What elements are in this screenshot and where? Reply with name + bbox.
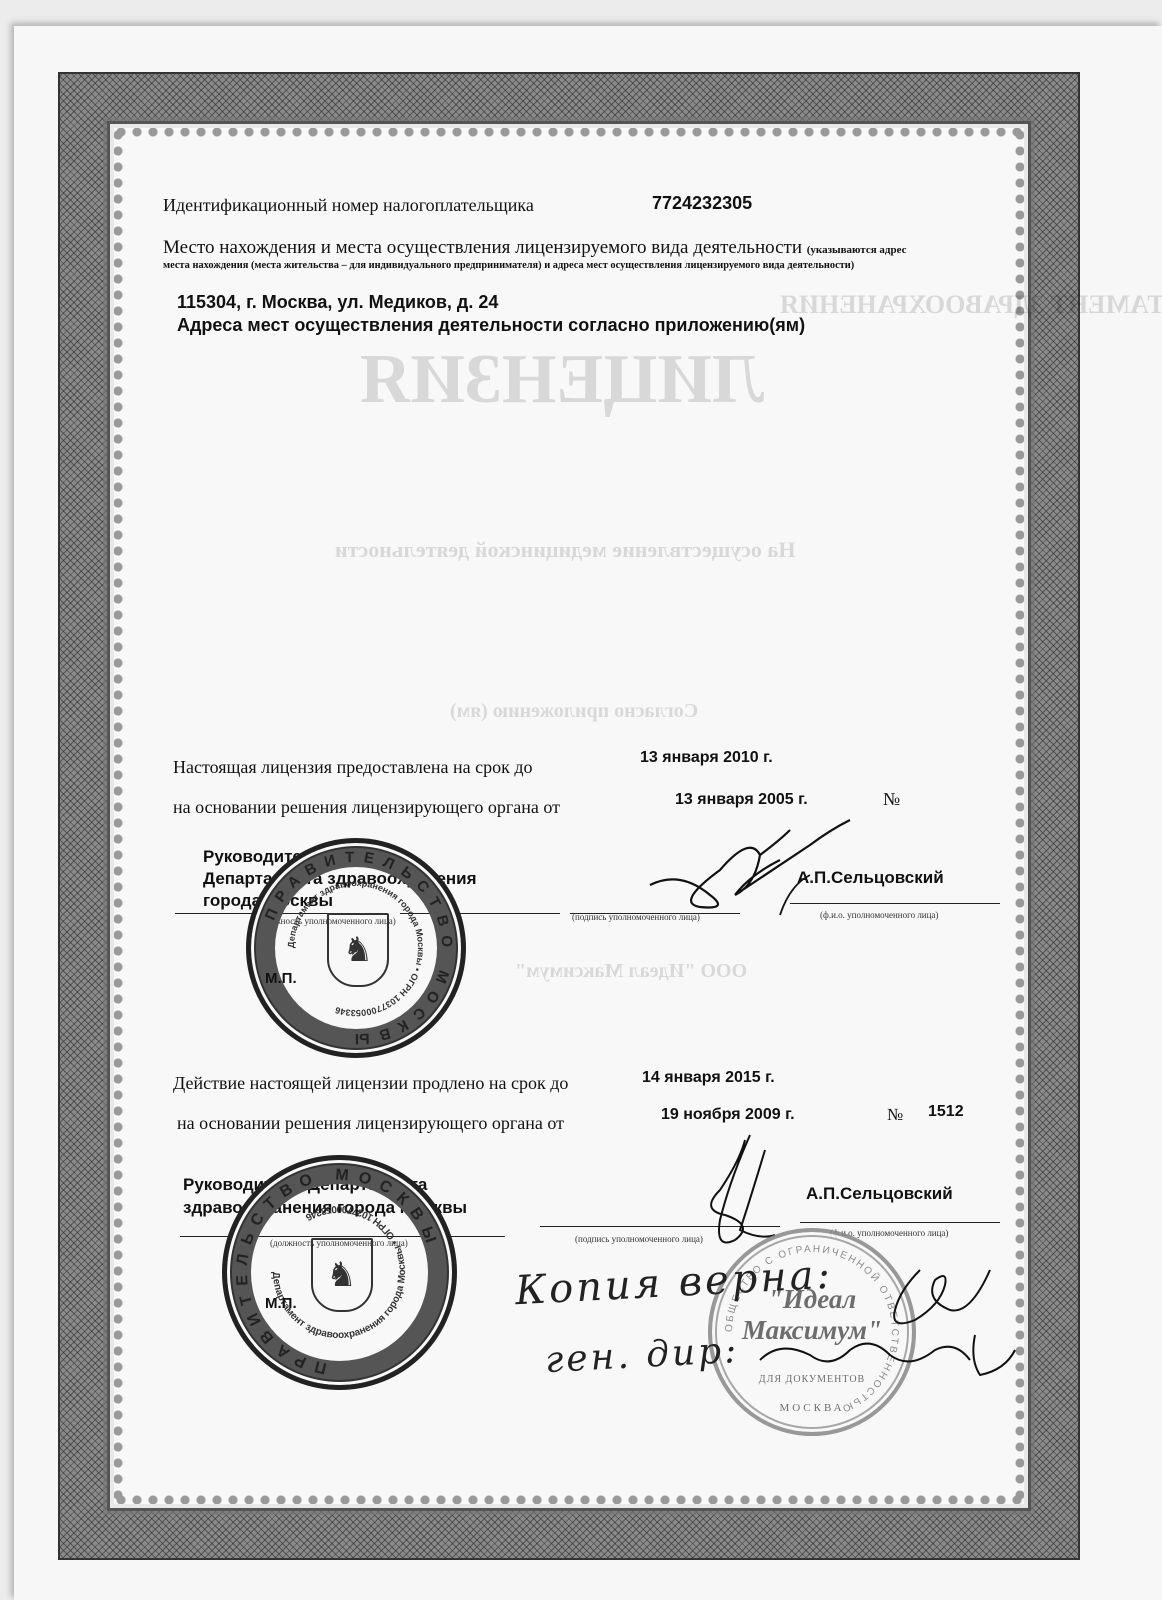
director-signature-icon xyxy=(720,1250,1020,1410)
extended-basis-label: на основании решения лицензирующего орга… xyxy=(177,1113,564,1134)
location-label-main: Место нахождения и места осуществления л… xyxy=(163,237,802,258)
moscow-government-seal-2: ПРАВИТЕЛЬСТВО МОСКВЫ Департамент здравоо… xyxy=(222,1155,457,1390)
extended-number-value: 1512 xyxy=(928,1103,964,1121)
mp-mark-2: М.П. xyxy=(265,1295,297,1312)
extended-number-sign: № xyxy=(887,1105,903,1125)
basis-label: на основании решения лицензирующего орга… xyxy=(173,797,560,818)
taxpayer-id-label: Идентификационный номер налогоплательщик… xyxy=(163,195,534,216)
bleed-annex: Согласно приложению (ям) xyxy=(450,700,698,723)
number-sign: № xyxy=(883,789,900,810)
bleed-title: ЛИЦЕНЗИЯ xyxy=(360,340,764,420)
border-scallop-top xyxy=(114,128,1024,142)
mp-mark-1: М.П. xyxy=(265,970,297,987)
handwritten-signature-icon xyxy=(640,815,870,925)
address-line: 115304, г. Москва, ул. Медиков, д. 24 xyxy=(177,292,498,313)
extended-term-label: Действие настоящей лицензии продлено на … xyxy=(173,1073,568,1094)
address-note: Адреса мест осуществления деятельности с… xyxy=(177,315,805,336)
moscow-government-seal: ПРАВИТЕЛЬСТВО МОСКВЫ Департамент здравоо… xyxy=(246,838,466,1058)
border-scallop-bottom xyxy=(114,1490,1024,1504)
location-note-1: (указываются адрес xyxy=(807,244,907,256)
bleed-activity: На осуществление медицинской деятельност… xyxy=(335,537,795,563)
extended-line-name xyxy=(800,1222,1000,1223)
term-label: Настоящая лицензия предоставлена на срок… xyxy=(173,757,533,778)
location-label: Место нахождения и места осуществления л… xyxy=(163,237,907,259)
bleed-department: ДЕПАРТАМЕНТ ЗДРАВООХРАНЕНИЯ xyxy=(780,290,1162,320)
term-value: 13 января 2010 г. xyxy=(640,749,773,767)
basis-date: 13 января 2005 г. xyxy=(675,791,808,809)
taxpayer-id-value: 7724232305 xyxy=(652,193,752,214)
moscow-coat-of-arms-icon: ♞ xyxy=(327,913,389,987)
location-note-2: места нахождения (места жительства – для… xyxy=(163,260,854,271)
extended-signer-name: А.П.Сельцовский xyxy=(806,1184,953,1204)
bleed-company: ООО "Идеал Максимум" xyxy=(515,960,747,983)
extended-term-value: 14 января 2015 г. xyxy=(642,1069,775,1087)
moscow-coat-of-arms-2-icon: ♞ xyxy=(311,1238,373,1312)
extended-basis-date: 19 ноября 2009 г. xyxy=(661,1106,795,1124)
border-scallop-left xyxy=(114,128,128,1504)
